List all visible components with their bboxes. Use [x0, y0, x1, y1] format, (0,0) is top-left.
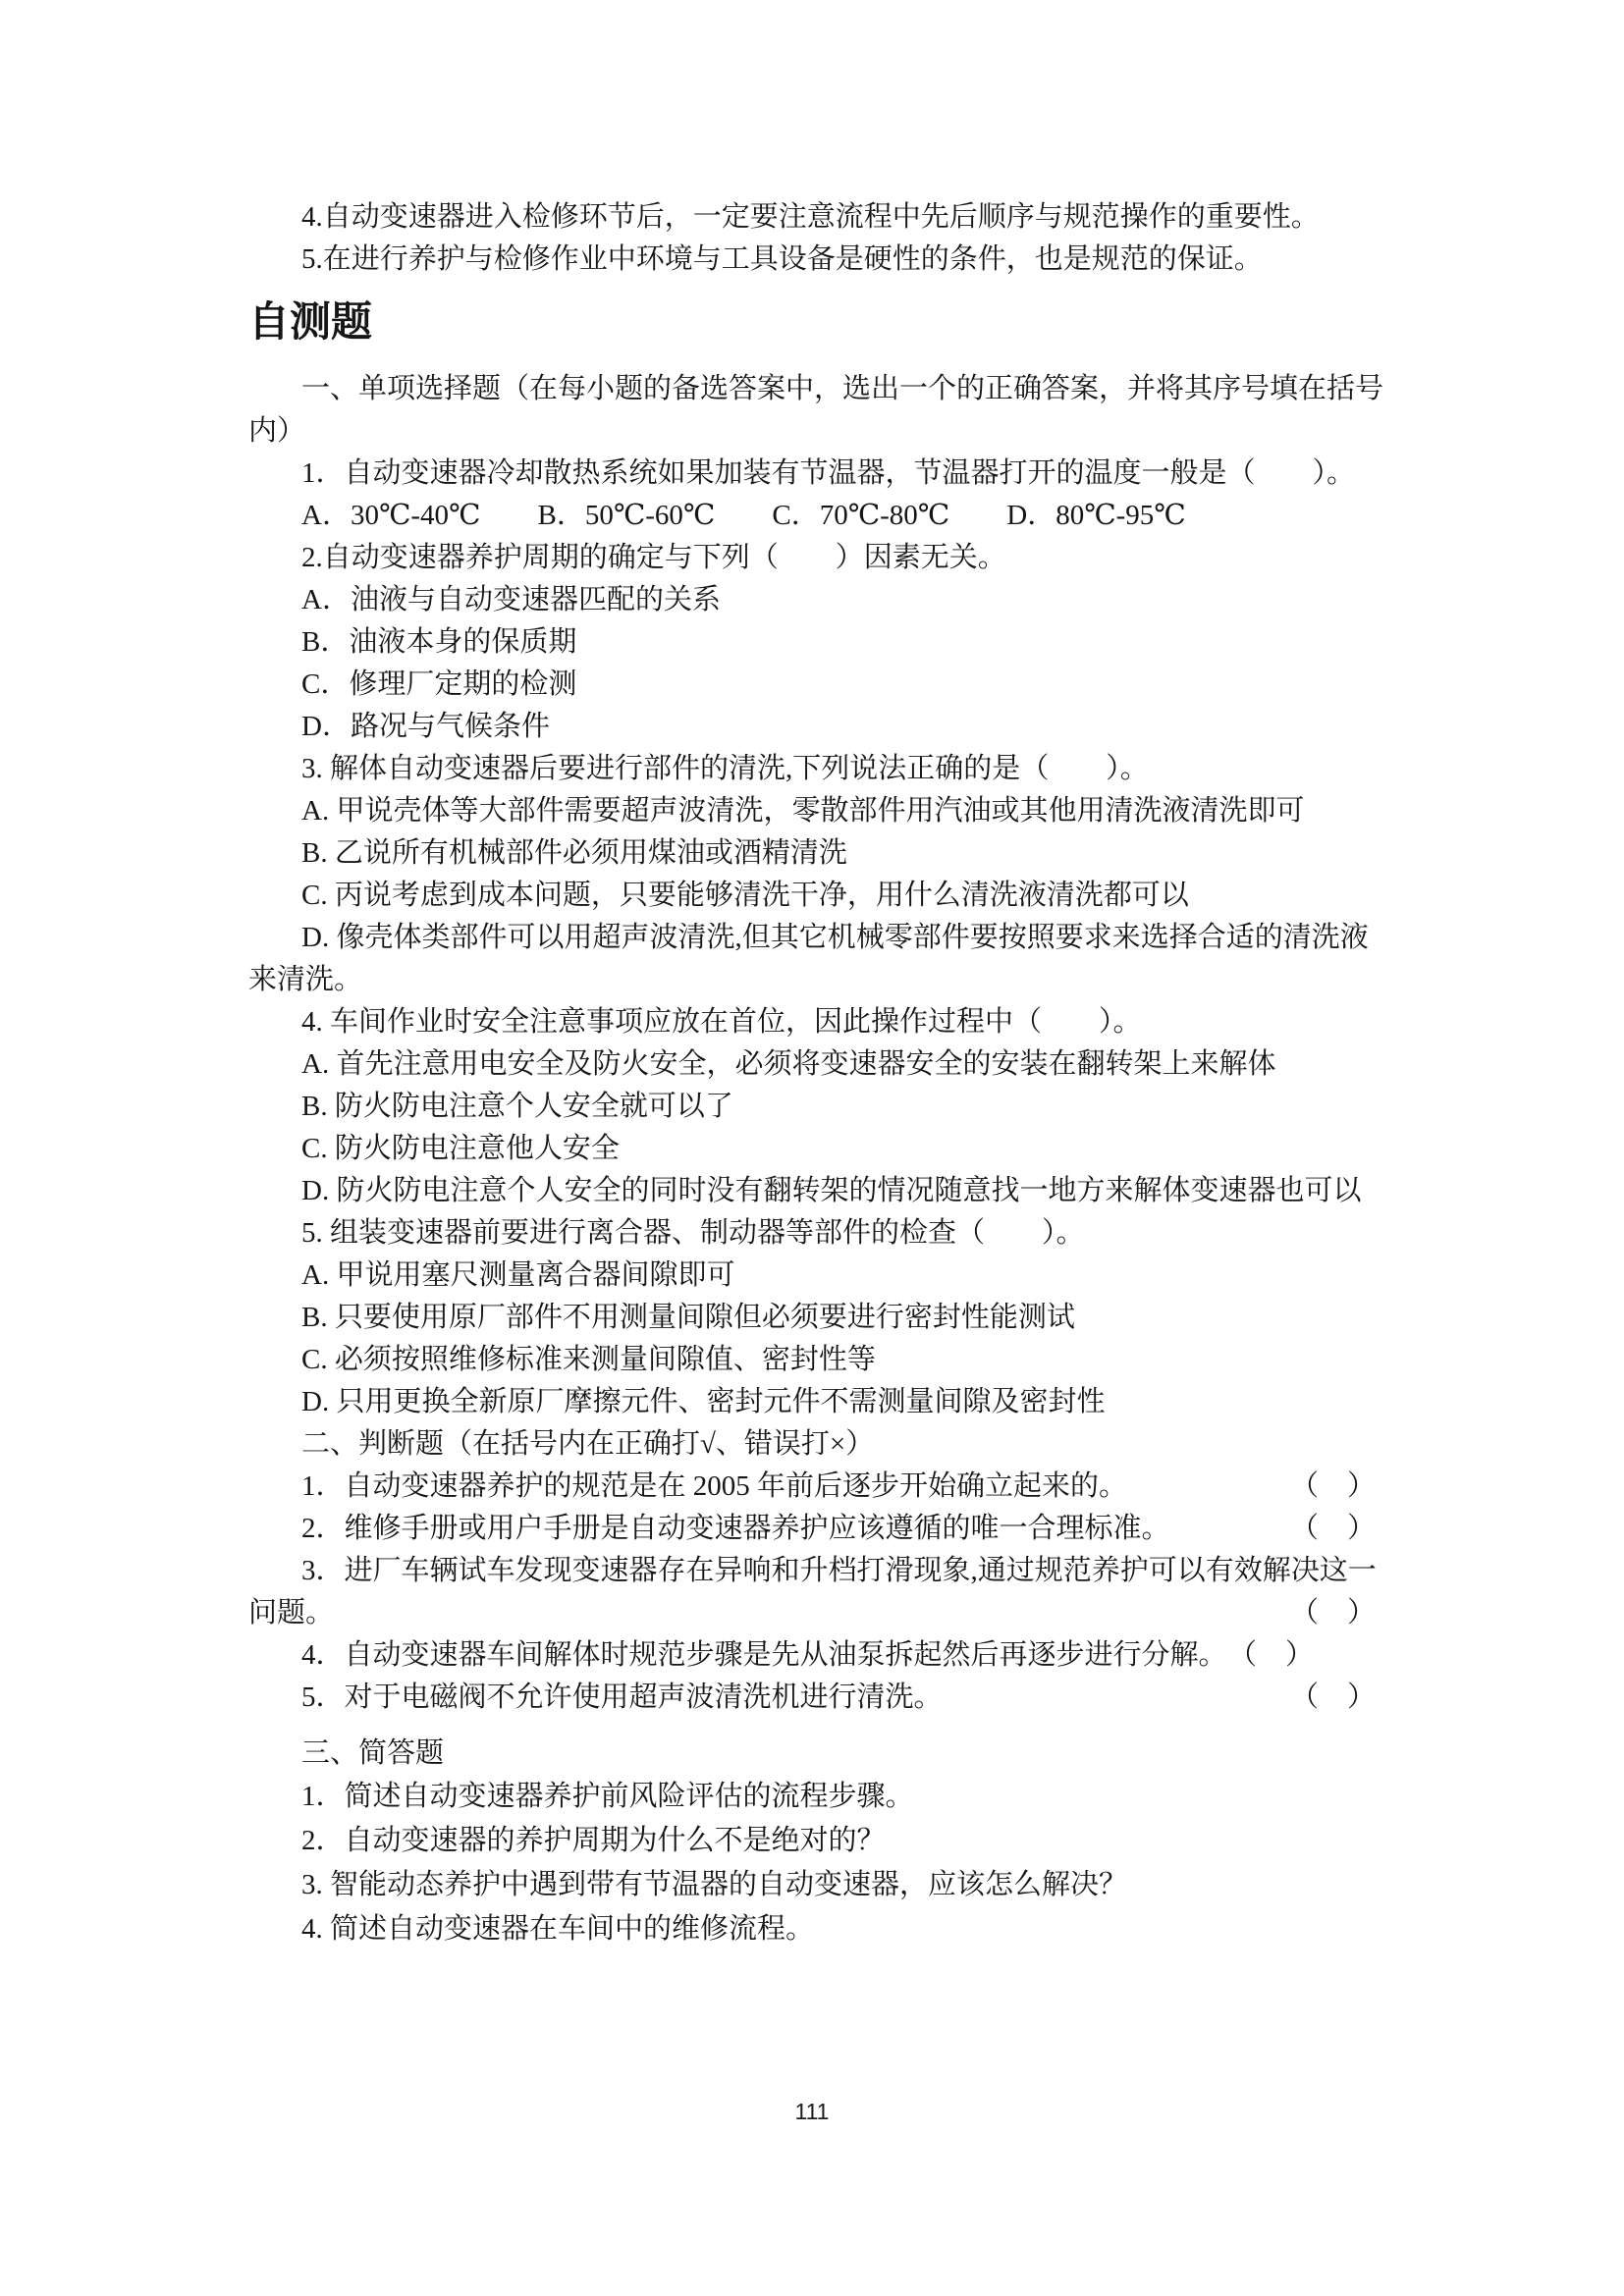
judgment-item-2-text: 2．维修手册或用户手册是自动变速器养护应该遵循的唯一合理标准。 [301, 1508, 1170, 1550]
answer-bracket: （ ） [1290, 1677, 1376, 1719]
lead-in-line-5: 5.在进行养护与检修作业中环境与工具设备是硬性的条件，也是规范的保证。 [248, 239, 1376, 281]
short-answer-q3: 3. 智能动态养护中遇到带有节温器的自动变速器，应该怎么解决？ [248, 1863, 1376, 1907]
answer-bracket: （ ） [1243, 1639, 1315, 1671]
judgment-item-3-line1: 3．进厂车辆试车发现变速器存在异响和升档打滑现象,通过规范养护可以有效解决这一 [248, 1550, 1376, 1592]
answer-bracket: （ ） [1290, 1592, 1376, 1634]
choice-q2-option-c: C．修理厂定期的检测 [248, 664, 1376, 706]
choice-q1-options-line: A．30℃-40℃ B．50℃-60℃ C．70℃-80℃ D．80℃-95℃ [248, 495, 1376, 537]
choice-q5-option-a: A. 甲说用塞尺测量离合器间隙即可 [248, 1255, 1376, 1297]
judgment-item-5-text: 5．对于电磁阀不允许使用超声波清洗机进行清洗。 [301, 1677, 943, 1719]
answer-bracket: （ ） [1290, 1508, 1376, 1550]
page-title: 自测题 [248, 297, 1376, 348]
short-answer-section-heading: 三、简答题 [248, 1733, 1376, 1775]
judgment-item-3-line2: 问题。 （ ） [248, 1592, 1376, 1634]
document-page: 4.自动变速器进入检修环节后，一定要注意流程中先后顺序与规范操作的重要性。 5.… [0, 0, 1624, 2296]
choice-q4-stem: 4. 车间作业时安全注意事项应放在首位，因此操作过程中（ ）。 [248, 1001, 1376, 1043]
choice-q3-option-d-wrap: 来清洗。 [248, 959, 1376, 1001]
judgment-item-1-text: 1．自动变速器养护的规范是在 2005 年前后逐步开始确立起来的。 [301, 1466, 1127, 1508]
choice-q3-option-a: A. 甲说壳体等大部件需要超声波清洗，零散部件用汽油或其他用清洗液清洗即可 [248, 790, 1376, 832]
choice-q5-option-b: B. 只要使用原厂部件不用测量间隙但必须要进行密封性能测试 [248, 1297, 1376, 1339]
choice-q3-option-c: C. 丙说考虑到成本问题，只要能够清洗干净，用什么清洗液清洗都可以 [248, 875, 1376, 917]
judgment-item-3-text-wrap: 问题。 [248, 1592, 334, 1634]
choice-q2-option-a: A．油液与自动变速器匹配的关系 [248, 579, 1376, 621]
choice-q3-option-b: B. 乙说所有机械部件必须用煤油或酒精清洗 [248, 832, 1376, 875]
short-answer-q4: 4. 简述自动变速器在车间中的维修流程。 [248, 1907, 1376, 1951]
judgment-item-2: 2．维修手册或用户手册是自动变速器养护应该遵循的唯一合理标准。 （ ） [248, 1508, 1376, 1550]
choice-q5-stem: 5. 组装变速器前要进行离合器、制动器等部件的检查（ ）。 [248, 1212, 1376, 1255]
choice-section-heading-line2: 内） [248, 410, 1376, 453]
judgment-item-4-text: 4．自动变速器车间解体时规范步骤是先从油泵拆起然后再逐步进行分解。 [301, 1639, 1227, 1671]
choice-q4-option-b: B. 防火防电注意个人安全就可以了 [248, 1086, 1376, 1128]
choice-q2-option-b: B．油液本身的保质期 [248, 621, 1376, 664]
answer-bracket: （ ） [1290, 1466, 1376, 1508]
choice-q4-option-a: A. 首先注意用电安全及防火安全，必须将变速器安全的安装在翻转架上来解体 [248, 1043, 1376, 1086]
choice-q3-option-d: D. 像壳体类部件可以用超声波清洗,但其它机械零部件要按照要求来选择合适的清洗液 [248, 917, 1376, 959]
content-area: 4.自动变速器进入检修环节后，一定要注意流程中先后顺序与规范操作的重要性。 5.… [248, 196, 1376, 1951]
judgment-item-4: 4．自动变速器车间解体时规范步骤是先从油泵拆起然后再逐步进行分解。（ ） [248, 1634, 1376, 1677]
judgment-section-heading: 二、判断题（在括号内在正确打√、错误打×） [248, 1423, 1376, 1466]
choice-q3-stem: 3. 解体自动变速器后要进行部件的清洗,下列说法正确的是（ ）。 [248, 748, 1376, 790]
choice-q4-option-d: D. 防火防电注意个人安全的同时没有翻转架的情况随意找一地方来解体变速器也可以 [248, 1170, 1376, 1212]
judgment-item-1: 1．自动变速器养护的规范是在 2005 年前后逐步开始确立起来的。 （ ） [248, 1466, 1376, 1508]
judgment-item-5: 5．对于电磁阀不允许使用超声波清洗机进行清洗。 （ ） [248, 1677, 1376, 1719]
choice-q1-stem: 1．自动变速器冷却散热系统如果加装有节温器，节温器打开的温度一般是（ ）。 [248, 453, 1376, 495]
choice-q4-option-c: C. 防火防电注意他人安全 [248, 1128, 1376, 1170]
choice-section-heading-line1: 一、单项选择题（在每小题的备选答案中，选出一个的正确答案，并将其序号填在括号 [248, 368, 1376, 410]
choice-q5-option-c: C. 必须按照维修标准来测量间隙值、密封性等 [248, 1339, 1376, 1381]
choice-q2-option-d: D．路况与气候条件 [248, 706, 1376, 748]
choice-q5-option-d: D. 只用更换全新原厂摩擦元件、密封元件不需测量间隙及密封性 [248, 1381, 1376, 1423]
lead-in-line-4: 4.自动变速器进入检修环节后，一定要注意流程中先后顺序与规范操作的重要性。 [248, 196, 1376, 239]
page-number: 111 [0, 2099, 1624, 2125]
short-answer-q1: 1．简述自动变速器养护前风险评估的流程步骤。 [248, 1775, 1376, 1819]
short-answer-q2: 2．自动变速器的养护周期为什么不是绝对的？ [248, 1819, 1376, 1863]
choice-q2-stem: 2.自动变速器养护周期的确定与下列（ ）因素无关。 [248, 537, 1376, 579]
